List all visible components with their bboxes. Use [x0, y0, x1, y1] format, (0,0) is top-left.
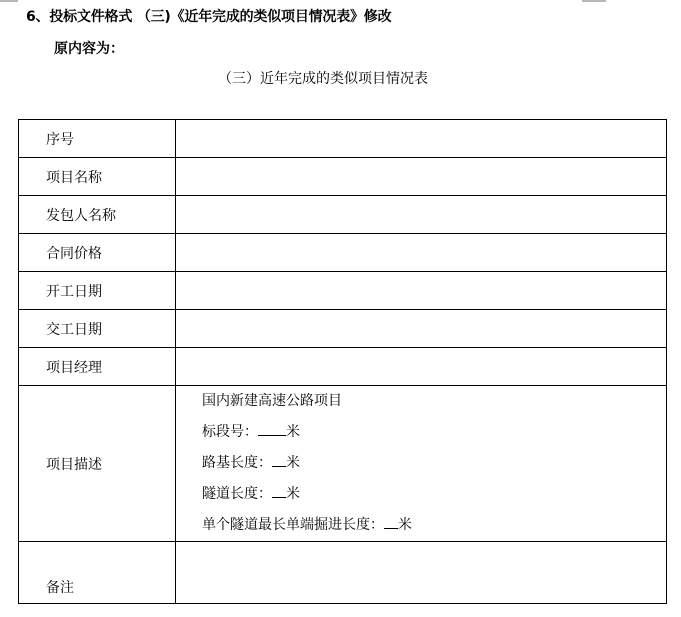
section-number-unit: 米: [286, 424, 300, 440]
excavation-length-unit: 米: [398, 517, 412, 533]
table-row: 合同价格: [19, 234, 667, 272]
similar-projects-table: 序号 项目名称 发包人名称 合同价格 开工日期 交工日期 项目经理 项目描述 国…: [18, 119, 667, 604]
row-label-completion-date: 交工日期: [19, 310, 176, 348]
description-line-project-type: 国内新建高速公路项目: [202, 386, 666, 417]
row-value-employer-name[interactable]: [176, 196, 667, 234]
row-value-serial-number[interactable]: [176, 120, 667, 158]
table-row-description: 项目描述 国内新建高速公路项目 标段号：米 路基长度：米 隧道长度：米 单个隧道…: [19, 386, 667, 542]
excavation-length-label: 单个隧道最长单端掘进长度：: [202, 517, 384, 533]
row-value-project-description[interactable]: 国内新建高速公路项目 标段号：米 路基长度：米 隧道长度：米 单个隧道最长单端掘…: [176, 386, 667, 542]
row-label-start-date: 开工日期: [19, 272, 176, 310]
row-value-project-name[interactable]: [176, 158, 667, 196]
row-label-serial-number: 序号: [19, 120, 176, 158]
table-row: 项目名称: [19, 158, 667, 196]
clipped-following-text: [50, 611, 350, 617]
row-value-project-manager[interactable]: [176, 348, 667, 386]
description-line-subgrade-length: 路基长度：米: [202, 448, 666, 479]
row-label-project-description: 项目描述: [19, 386, 176, 542]
row-value-start-date[interactable]: [176, 272, 667, 310]
description-line-longest-single-end-excavation: 单个隧道最长单端掘进长度：米: [202, 510, 666, 541]
section-number-blank[interactable]: [258, 423, 286, 436]
description-line-section-number: 标段号：米: [202, 417, 666, 448]
original-content-label: 原内容为：: [54, 38, 124, 58]
description-line-tunnel-length: 隧道长度：米: [202, 479, 666, 510]
table-row: 项目经理: [19, 348, 667, 386]
row-label-project-manager: 项目经理: [19, 348, 176, 386]
tunnel-length-unit: 米: [286, 486, 300, 502]
table-title: （三）近年完成的类似项目情况表: [218, 68, 428, 88]
section-number-label: 标段号：: [202, 424, 258, 440]
row-label-remarks: 备注: [19, 542, 176, 604]
row-label-employer-name: 发包人名称: [19, 196, 176, 234]
row-value-remarks[interactable]: [176, 542, 667, 604]
table-row: 序号: [19, 120, 667, 158]
subgrade-length-label: 路基长度：: [202, 455, 272, 471]
subgrade-length-blank[interactable]: [272, 454, 286, 467]
table-row: 开工日期: [19, 272, 667, 310]
section-heading: 6、投标文件格式 （三)《近年完成的类似项目情况表》修改: [26, 6, 391, 26]
page-edge-marker-right: [582, 0, 606, 2]
row-value-completion-date[interactable]: [176, 310, 667, 348]
row-label-contract-price: 合同价格: [19, 234, 176, 272]
tunnel-length-blank[interactable]: [272, 485, 286, 498]
page-edge-marker-left: [0, 0, 18, 2]
table-row: 交工日期: [19, 310, 667, 348]
table-row-remarks: 备注: [19, 542, 667, 604]
row-label-project-name: 项目名称: [19, 158, 176, 196]
subgrade-length-unit: 米: [286, 455, 300, 471]
row-value-contract-price[interactable]: [176, 234, 667, 272]
excavation-length-blank[interactable]: [384, 516, 398, 529]
table-row: 发包人名称: [19, 196, 667, 234]
tunnel-length-label: 隧道长度：: [202, 486, 272, 502]
